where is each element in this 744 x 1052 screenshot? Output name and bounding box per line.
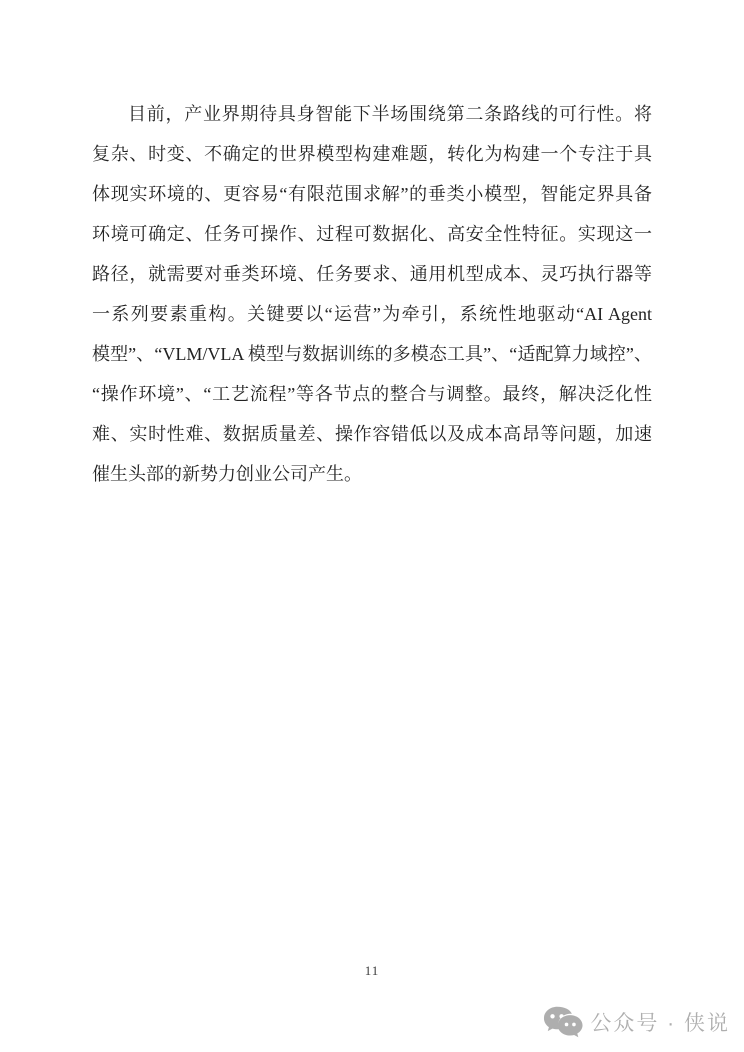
paragraph-line: 催生头部的新势力创业公司产生。 [92,454,652,494]
page-number: 11 [0,963,744,979]
watermark-label: 公众号 · 侠说 [590,1007,730,1037]
paragraph-line: 体现实环境的、更容易“有限范围求解”的垂类小模型，智能定界具备 [92,174,652,214]
paragraph-line: 目前，产业界期待具身智能下半场围绕第二条路线的可行性。将 [92,94,652,134]
paragraph-line: 一系列要素重构。关键要以“运营”为牵引，系统性地驱动“AI Agent [92,294,652,334]
paragraph-line: 难、实时性难、数据质量差、操作容错低以及成本高昂等问题，加速 [92,414,652,454]
paragraph-line: “操作环境”、“工艺流程”等各节点的整合与调整。最终，解决泛化性 [92,374,652,414]
watermark: 公众号 · 侠说 [543,1002,730,1042]
paragraph-line: 路径，就需要对垂类环境、任务要求、通用机型成本、灵巧执行器等 [92,254,652,294]
paragraph-line: 复杂、时变、不确定的世界模型构建难题，转化为构建一个专注于具 [92,134,652,174]
wechat-icon [543,1005,583,1039]
document-page: 目前，产业界期待具身智能下半场围绕第二条路线的可行性。将复杂、时变、不确定的世界… [0,0,744,1052]
paragraph-line: 环境可确定、任务可操作、过程可数据化、高安全性特征。实现这一 [92,214,652,254]
paragraph-line: 模型”、“VLM/VLA 模型与数据训练的多模态工具”、“适配算力域控”、 [92,334,652,374]
body-paragraph: 目前，产业界期待具身智能下半场围绕第二条路线的可行性。将复杂、时变、不确定的世界… [92,94,652,494]
